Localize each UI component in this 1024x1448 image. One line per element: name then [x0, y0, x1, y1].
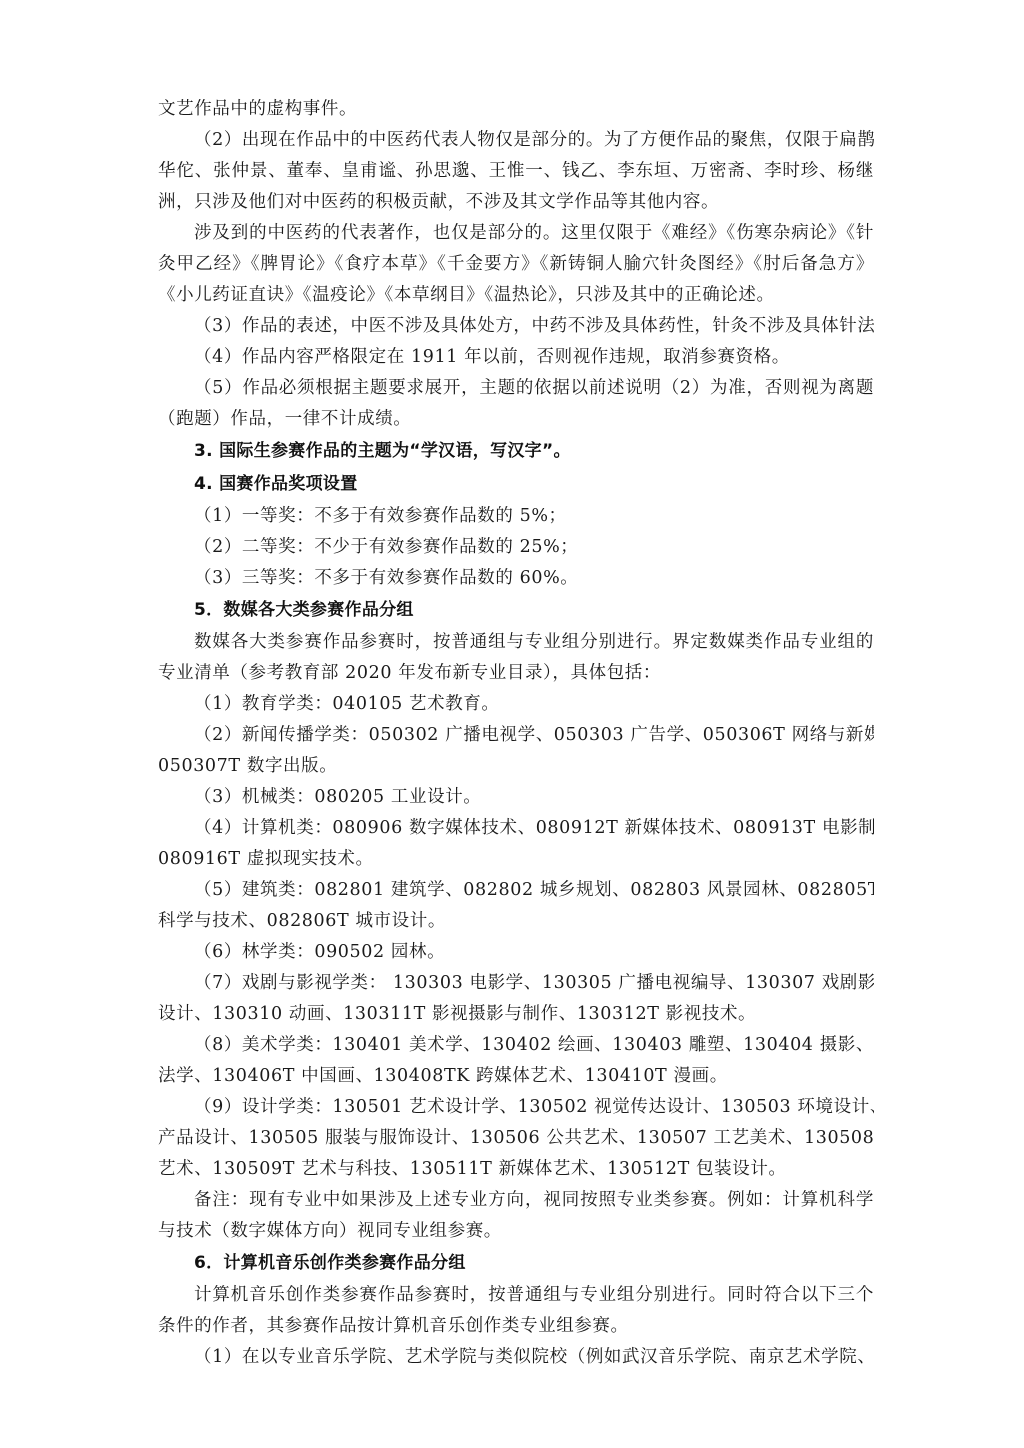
major-item: （6）林学类：090502 园林。 — [158, 937, 874, 968]
major-item: （7）戏剧与影视学类： 130303 电影学、130305 广播电视编导、130… — [158, 968, 874, 999]
section-heading-5: 5．数媒各大类参赛作品分组 — [158, 594, 874, 627]
text-line: 华佗、张仲景、董奉、皇甫谧、孙思邈、王惟一、钱乙、李东垣、万密斋、李时珍、杨继 — [158, 156, 874, 187]
condition-item: （1）在以专业音乐学院、艺术学院与类似院校（例如武汉音乐学院、南京艺术学院、 — [158, 1342, 874, 1373]
major-item: （9）设计学类：130501 艺术设计学、130502 视觉传达设计、13050… — [158, 1092, 874, 1123]
text-line: 产品设计、130505 服装与服饰设计、130506 公共艺术、130507 工… — [158, 1123, 874, 1154]
major-item: （1）教育学类：040105 艺术教育。 — [158, 689, 874, 720]
text-line: （2）出现在作品中的中医药代表人物仅是部分的。为了方便作品的聚焦，仅限于扁鹊、 — [158, 125, 874, 156]
major-item: （4）计算机类：080906 数字媒体技术、080912T 新媒体技术、0809… — [158, 813, 874, 844]
text-line: 艺术、130509T 艺术与科技、130511T 新媒体艺术、130512T 包… — [158, 1154, 874, 1185]
section-heading-6: 6．计算机音乐创作类参赛作品分组 — [158, 1247, 874, 1280]
section-5-body: 数媒各大类参赛作品参赛时，按普通组与专业组分别进行。界定数媒类作品专业组的 专业… — [158, 627, 874, 1247]
text-line: （5）作品必须根据主题要求展开，主题的依据以前述说明（2）为准，否则视为离题 — [158, 373, 874, 404]
text-line: 《小儿药证直诀》《温疫论》《本草纲目》《温热论》，只涉及其中的正确论述。 — [158, 280, 874, 311]
text-line: 涉及到的中医药的代表著作，也仅是部分的。这里仅限于《难经》《伤寒杂病论》《针 — [158, 218, 874, 249]
document-page: 文艺作品中的虚构事件。 （2）出现在作品中的中医药代表人物仅是部分的。为了方便作… — [158, 94, 874, 1373]
text-line: （4）作品内容严格限定在 1911 年以前，否则视作违规，取消参赛资格。 — [158, 342, 874, 373]
text-line: 050307T 数字出版。 — [158, 751, 874, 782]
text-line: 设计、130310 动画、130311T 影视摄影与制作、130312T 影视技… — [158, 999, 874, 1030]
major-item: （3）机械类：080205 工业设计。 — [158, 782, 874, 813]
text-line: 080916T 虚拟现实技术。 — [158, 844, 874, 875]
major-item: （2）新闻传播学类：050302 广播电视学、050303 广告学、050306… — [158, 720, 874, 751]
intro-block: 文艺作品中的虚构事件。 （2）出现在作品中的中医药代表人物仅是部分的。为了方便作… — [158, 94, 874, 435]
section-heading-3: 3. 国际生参赛作品的主题为“学汉语，写汉字”。 — [158, 435, 874, 468]
text-line: 灸甲乙经》《脾胃论》《食疗本草》《千金要方》《新铸铜人腧穴针灸图经》《肘后备急方… — [158, 249, 874, 280]
award-item: （3）三等奖：不多于有效参赛作品数的 60%。 — [158, 563, 874, 594]
text-line: 计算机音乐创作类参赛作品参赛时，按普通组与专业组分别进行。同时符合以下三个 — [158, 1280, 874, 1311]
note-line: 与技术（数字媒体方向）视同专业组参赛。 — [158, 1216, 874, 1247]
text-line: 专业清单（参考教育部 2020 年发布新专业目录），具体包括： — [158, 658, 874, 689]
text-line: 法学、130406T 中国画、130408TK 跨媒体艺术、130410T 漫画… — [158, 1061, 874, 1092]
text-line: 数媒各大类参赛作品参赛时，按普通组与专业组分别进行。界定数媒类作品专业组的 — [158, 627, 874, 658]
major-item: （8）美术学类：130401 美术学、130402 绘画、130403 雕塑、1… — [158, 1030, 874, 1061]
section-6-body: 计算机音乐创作类参赛作品参赛时，按普通组与专业组分别进行。同时符合以下三个 条件… — [158, 1280, 874, 1373]
award-item: （2）二等奖：不少于有效参赛作品数的 25%； — [158, 532, 874, 563]
text-line: 文艺作品中的虚构事件。 — [158, 94, 874, 125]
text-line: 条件的作者，其参赛作品按计算机音乐创作类专业组参赛。 — [158, 1311, 874, 1342]
text-line: 科学与技术、082806T 城市设计。 — [158, 906, 874, 937]
text-line: （3）作品的表述，中医不涉及具体处方，中药不涉及具体药性，针灸不涉及具体针法。 — [158, 311, 874, 342]
text-line: 洲，只涉及他们对中医药的积极贡献，不涉及其文学作品等其他内容。 — [158, 187, 874, 218]
major-item: （5）建筑类：082801 建筑学、082802 城乡规划、082803 风景园… — [158, 875, 874, 906]
award-item: （1）一等奖：不多于有效参赛作品数的 5%； — [158, 501, 874, 532]
award-list: （1）一等奖：不多于有效参赛作品数的 5%； （2）二等奖：不少于有效参赛作品数… — [158, 501, 874, 594]
text-line: （跑题）作品，一律不计成绩。 — [158, 404, 874, 435]
note-line: 备注：现有专业中如果涉及上述专业方向，视同按照专业类参赛。例如：计算机科学 — [158, 1185, 874, 1216]
section-heading-4: 4. 国赛作品奖项设置 — [158, 468, 874, 501]
